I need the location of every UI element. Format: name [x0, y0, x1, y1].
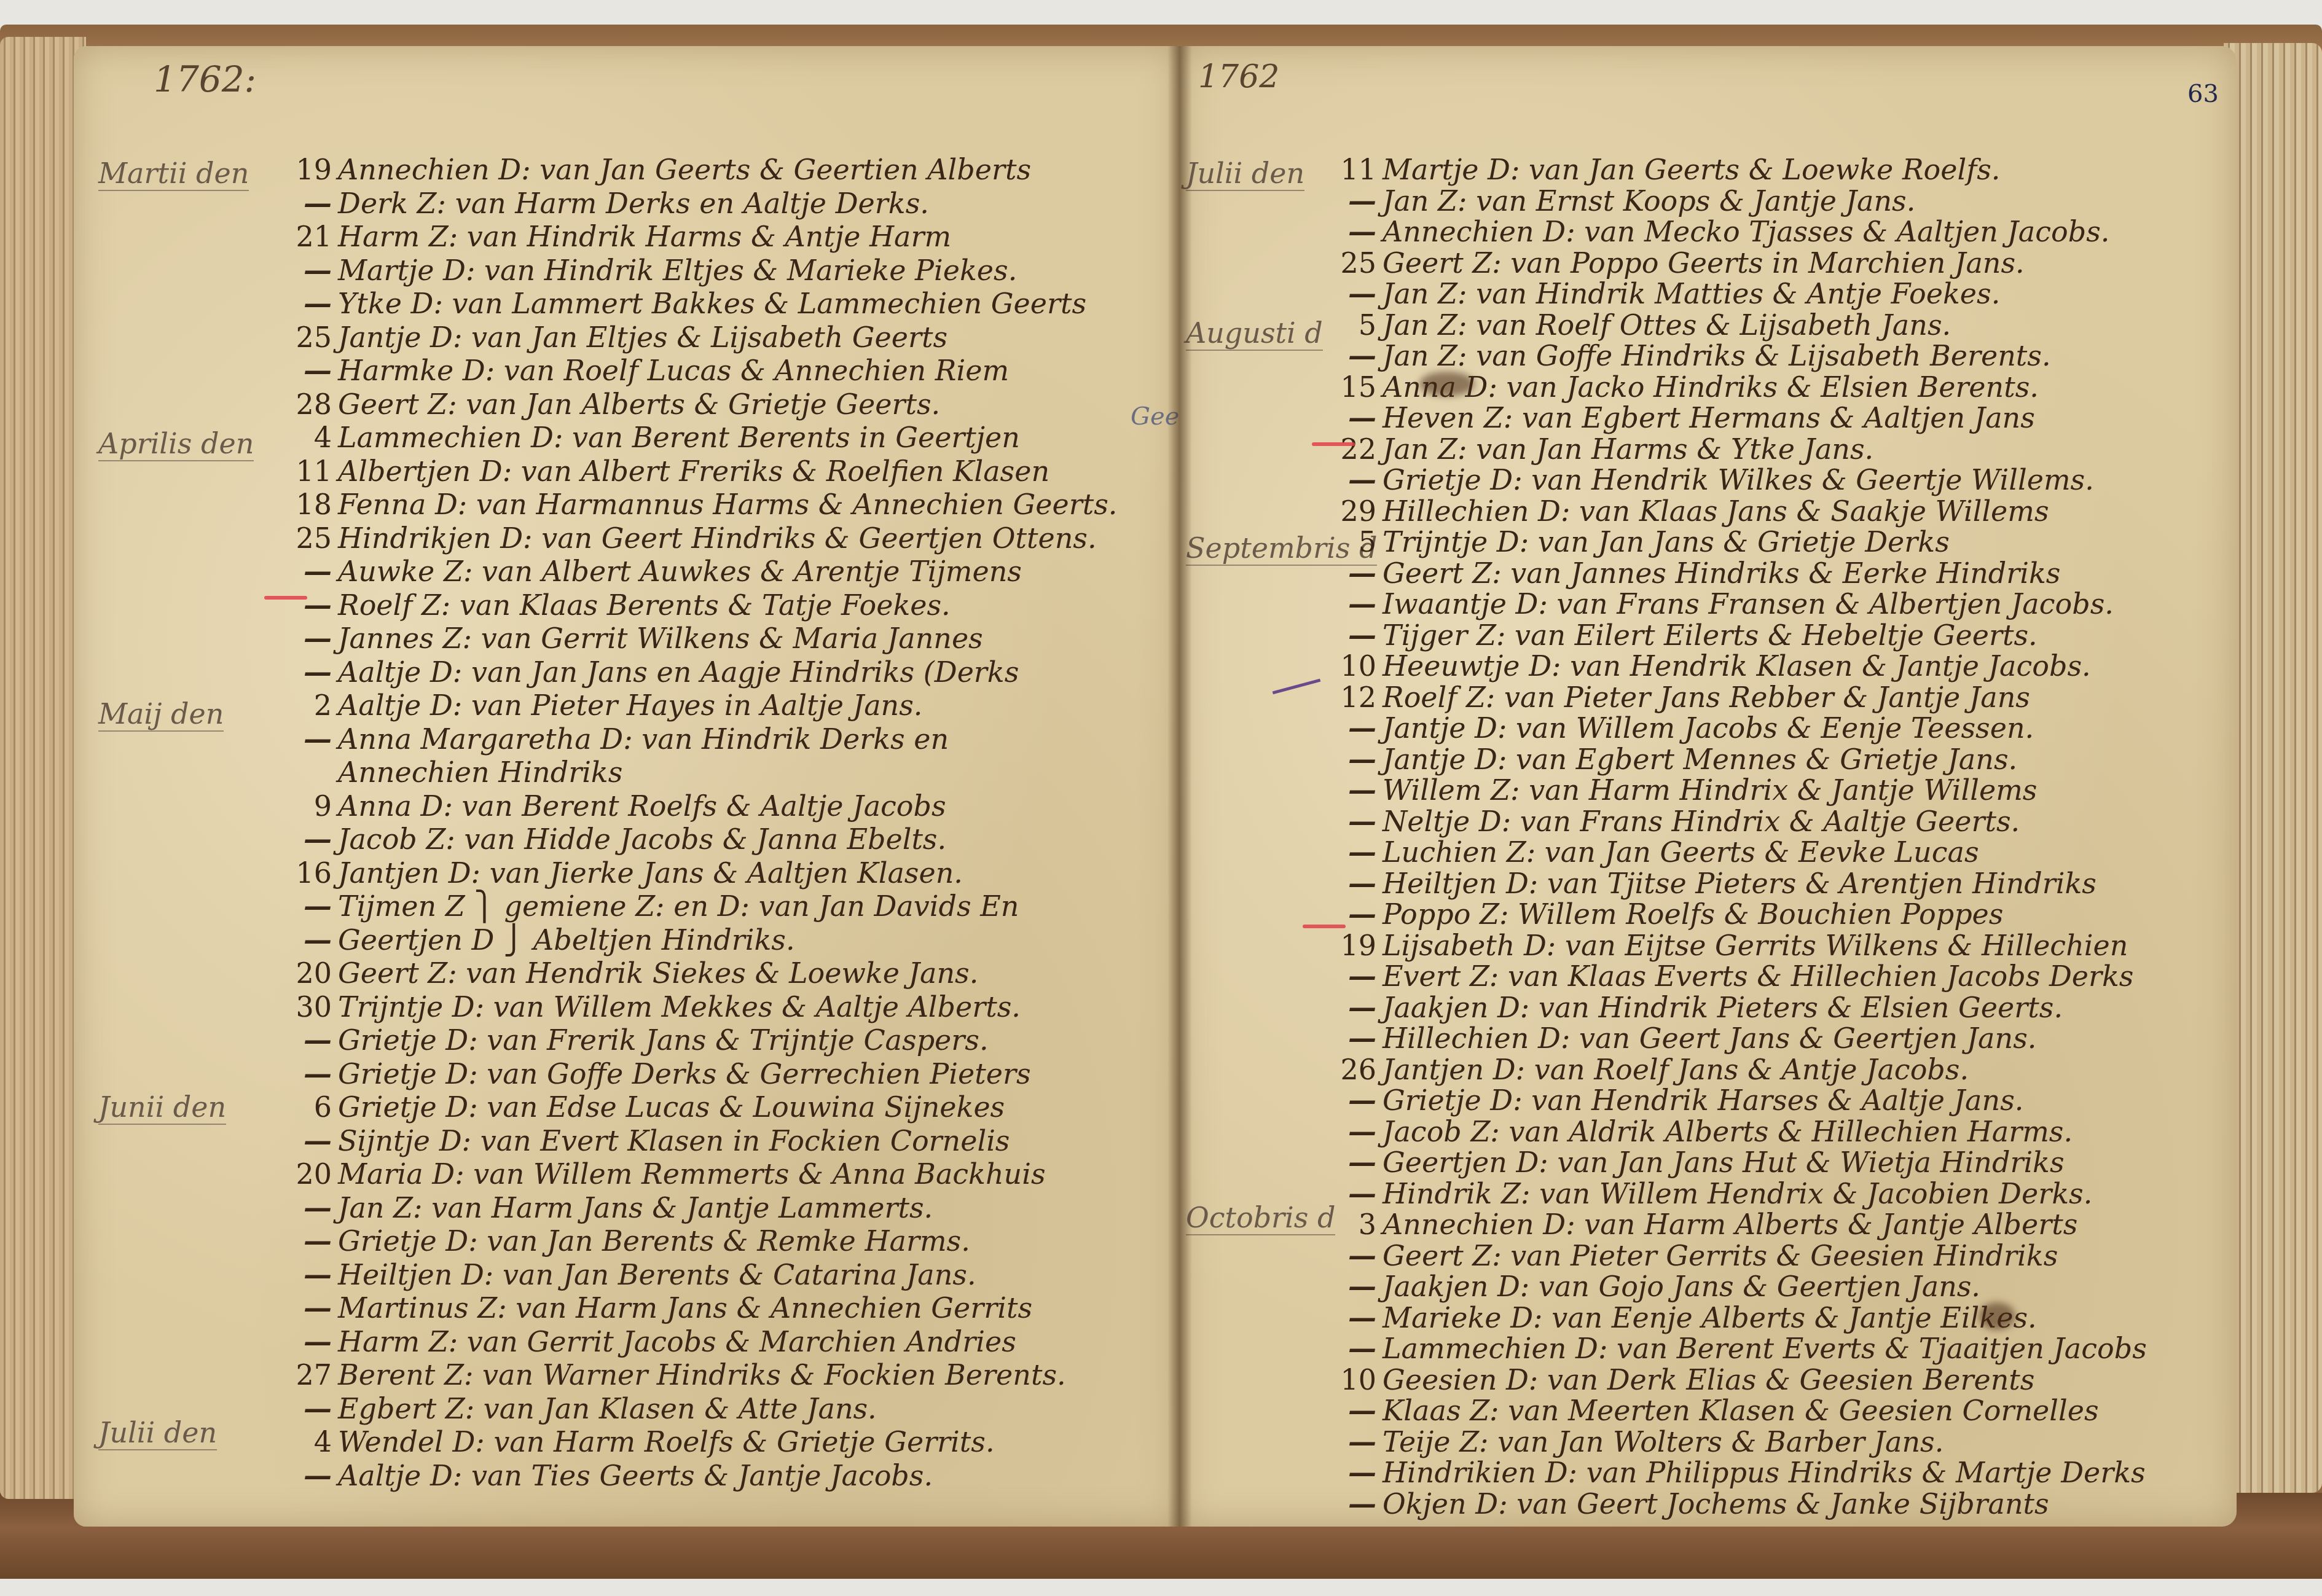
baptism-entry: —Auwke Z: van Albert Auwkes & Arentje Ti… — [277, 552, 1022, 590]
entry-day: 16 — [277, 854, 332, 892]
entry-text: Annechien D: van Jan Geerts & Geertien A… — [338, 153, 1031, 186]
red-margin-mark — [264, 596, 307, 600]
entry-text: Maria D: van Willem Remmerts & Anna Back… — [338, 1157, 1046, 1191]
entry-day: — — [277, 586, 332, 624]
entry-text: Geertjen D ⎭ Abeltjen Hindriks. — [338, 923, 795, 956]
baptism-entry: 4Lammechien D: van Berent Berents in Gee… — [277, 418, 1020, 456]
page-stack-left — [0, 37, 86, 1499]
year-heading: 1762: — [154, 58, 256, 100]
baptism-entry: 30Trijntje D: van Willem Mekkes & Aaltje… — [277, 988, 1021, 1026]
baptism-entry: 9Anna D: van Berent Roelfs & Aaltje Jaco… — [277, 787, 946, 825]
entry-text: Harm Z: van Hindrik Harms & Antje Harm — [338, 220, 951, 253]
baptism-entry: —Okjen D: van Geert Jochems & Janke Sijb… — [1321, 1485, 2049, 1523]
baptism-entry: 25Hindrikjen D: van Geert Hindriks & Gee… — [277, 519, 1097, 557]
entry-day: — — [277, 1289, 332, 1327]
year-heading: 1762 — [1198, 58, 1279, 95]
baptism-entry: 6Grietje D: van Edse Lucas & Louwina Sij… — [277, 1088, 1005, 1126]
entry-day: — — [277, 184, 332, 222]
baptism-entry: —Grietje D: van Jan Berents & Remke Harm… — [277, 1222, 970, 1260]
entry-text: Harm Z: van Gerrit Jacobs & Marchien And… — [338, 1325, 1016, 1358]
entry-text: Ytke D: van Lammert Bakkes & Lammechien … — [338, 287, 1086, 320]
entry-text: Jantjen D: van Jierke Jans & Aaltjen Kla… — [338, 856, 963, 890]
baptism-entry: —Anna Margaretha D: van Hindrik Derks en — [277, 720, 949, 758]
baptism-entry: 4Wendel D: van Harm Roelfs & Grietje Ger… — [277, 1423, 995, 1461]
entry-day: — — [277, 653, 332, 691]
entry-text: Tijmen Z ⎫ gemiene Z: en D: van Jan Davi… — [338, 890, 1019, 923]
baptism-entry: —Martje D: van Hindrik Eltjes & Marieke … — [277, 251, 1017, 289]
entry-day: 6 — [277, 1088, 332, 1126]
baptism-entry: —Jacob Z: van Hidde Jacobs & Janna Ebelt… — [277, 820, 946, 858]
entry-day: — — [277, 1122, 332, 1160]
baptism-entry: —Heiltjen D: van Jan Berents & Catarina … — [277, 1256, 976, 1294]
baptism-entry: 18Fenna D: van Harmannus Harms & Annechi… — [277, 485, 1117, 523]
entry-text: Grietje D: van Edse Lucas & Louwina Sijn… — [338, 1090, 1005, 1124]
entry-day: — — [277, 887, 332, 925]
left-page: 1762: Martii denAprilis denMaij denJunii… — [74, 46, 1180, 1527]
entry-day: — — [277, 1055, 332, 1093]
entry-day: 20 — [277, 1155, 332, 1193]
baptism-entry: —Grietje D: van Goffe Derks & Gerrechien… — [277, 1055, 1031, 1093]
entry-text: Anna Margaretha D: van Hindrik Derks en — [338, 722, 949, 756]
entry-day: 28 — [277, 385, 332, 423]
entry-text: Jantje D: van Jan Eltjes & Lijsabeth Gee… — [338, 321, 947, 354]
entry-text: Aaltje D: van Pieter Hayes in Aaltje Jan… — [338, 689, 922, 722]
ink-stain — [1979, 1302, 2015, 1330]
entry-day: — — [277, 1021, 332, 1059]
baptism-entry: —Harm Z: van Gerrit Jacobs & Marchien An… — [277, 1323, 1016, 1361]
entry-text: Jannes Z: van Gerrit Wilkens & Maria Jan… — [338, 622, 983, 655]
entry-text: Trijntje D: van Willem Mekkes & Aaltje A… — [338, 990, 1021, 1023]
entry-day: 27 — [277, 1356, 332, 1394]
page-stack-right — [2224, 43, 2322, 1493]
entry-day: — — [277, 720, 332, 758]
entry-text: Sijntje D: van Evert Klasen in Fockien C… — [338, 1124, 1010, 1157]
entry-text: Aaltje D: van Ties Geerts & Jantje Jacob… — [338, 1459, 933, 1492]
entry-day: 18 — [277, 485, 332, 523]
entry-day: 2 — [277, 686, 332, 724]
entry-day: 25 — [277, 519, 332, 557]
entry-day: — — [277, 1222, 332, 1260]
entry-text: Grietje D: van Goffe Derks & Gerrechien … — [338, 1057, 1031, 1090]
baptism-entry: —Roelf Z: van Klaas Berents & Tatje Foek… — [277, 586, 951, 624]
entry-day: 4 — [277, 418, 332, 456]
entry-day: 19 — [277, 151, 332, 189]
page-number: 63 — [2187, 80, 2219, 108]
baptism-entry: —Egbert Z: van Jan Klasen & Atte Jans. — [277, 1390, 877, 1428]
entry-text: Hindrikjen D: van Geert Hindriks & Geert… — [338, 522, 1097, 555]
entry-text: Martinus Z: van Harm Jans & Annechien Ge… — [338, 1291, 1032, 1324]
entry-day: — — [1321, 1485, 1376, 1523]
entry-text: Fenna D: van Harmannus Harms & Annechien… — [338, 488, 1117, 521]
entry-day: 4 — [277, 1423, 332, 1461]
entry-day: — — [277, 284, 332, 323]
entry-text: Jacob Z: van Hidde Jacobs & Janna Ebelts… — [338, 823, 946, 856]
month-label: Julii den — [1186, 157, 1304, 191]
red-margin-mark — [1303, 925, 1346, 928]
month-label: Octobris d — [1186, 1201, 1335, 1235]
entry-text: Wendel D: van Harm Roelfs & Grietje Gerr… — [338, 1425, 995, 1458]
baptism-entry: 11Albertjen D: van Albert Freriks & Roel… — [277, 452, 1049, 490]
baptism-entry: Annechien Hindriks — [277, 753, 622, 791]
entry-day: 11 — [277, 452, 332, 490]
entry-day: 9 — [277, 787, 332, 825]
entry-day: — — [277, 1256, 332, 1294]
month-label: Aprilis den — [98, 427, 254, 461]
entry-text: Harmke D: van Roelf Lucas & Annechien Ri… — [338, 354, 1009, 387]
baptism-entry: —Geertjen D ⎭ Abeltjen Hindriks. — [277, 921, 795, 959]
entry-day: — — [277, 1323, 332, 1361]
entry-text: Grietje D: van Frerik Jans & Trijntje Ca… — [338, 1023, 989, 1057]
baptism-entry: —Jan Z: van Harm Jans & Jantje Lammerts. — [277, 1189, 933, 1227]
entry-text: Okjen D: van Geert Jochems & Janke Sijbr… — [1383, 1487, 2049, 1520]
month-label: Augusti d — [1186, 316, 1323, 351]
baptism-entry: —Derk Z: van Harm Derks en Aaltje Derks. — [277, 184, 929, 222]
baptism-entry: 2Aaltje D: van Pieter Hayes in Aaltje Ja… — [277, 686, 922, 724]
baptism-entry: 20Geert Z: van Hendrik Siekes & Loewke J… — [277, 954, 978, 992]
entry-text: Geert Z: van Jan Alberts & Grietje Geert… — [338, 388, 940, 421]
red-margin-mark — [1312, 442, 1355, 446]
right-page: 1762 63 Julii denAugusti dSeptembris dOc… — [1180, 46, 2237, 1527]
entry-day: — — [277, 351, 332, 389]
entry-day: — — [277, 1390, 332, 1428]
entry-text: Egbert Z: van Jan Klasen & Atte Jans. — [338, 1392, 877, 1425]
entry-day: 25 — [277, 318, 332, 356]
entry-text: Jan Z: van Harm Jans & Jantje Lammerts. — [338, 1191, 933, 1224]
baptism-entry: —Ytke D: van Lammert Bakkes & Lammechien… — [277, 284, 1086, 323]
baptism-entry: —Tijmen Z ⎫ gemiene Z: en D: van Jan Dav… — [277, 887, 1019, 925]
entry-text: Geert Z: van Hendrik Siekes & Loewke Jan… — [338, 956, 978, 990]
entry-text: Annechien Hindriks — [338, 756, 622, 789]
month-label: Junii den — [98, 1090, 226, 1125]
entry-text: Roelf Z: van Klaas Berents & Tatje Foeke… — [338, 589, 951, 622]
book-gutter — [1167, 46, 1192, 1527]
entry-text: Auwke Z: van Albert Auwkes & Arentje Tij… — [338, 555, 1022, 588]
entry-day: 30 — [277, 988, 332, 1026]
baptism-entry: 28Geert Z: van Jan Alberts & Grietje Gee… — [277, 385, 940, 423]
entry-text: Lammechien D: van Berent Berents in Geer… — [338, 421, 1020, 454]
baptism-entry: 21Harm Z: van Hindrik Harms & Antje Harm — [277, 217, 951, 256]
entry-day: — — [277, 1457, 332, 1495]
entry-text: Berent Z: van Warner Hindriks & Fockien … — [338, 1358, 1066, 1391]
baptism-entry: —Sijntje D: van Evert Klasen in Fockien … — [277, 1122, 1010, 1160]
baptism-entry: —Aaltje D: van Ties Geerts & Jantje Jaco… — [277, 1457, 933, 1495]
baptism-entry: —Jannes Z: van Gerrit Wilkens & Maria Ja… — [277, 619, 983, 657]
baptism-entry: —Harmke D: van Roelf Lucas & Annechien R… — [277, 351, 1009, 389]
month-label: Julii den — [98, 1416, 217, 1450]
entry-day: — — [277, 921, 332, 959]
month-label: Maij den — [98, 697, 224, 732]
ink-stain — [1419, 372, 1475, 396]
entry-text: Aaltje D: van Jan Jans en Aagje Hindriks… — [338, 655, 1019, 689]
month-label: Martii den — [98, 157, 249, 191]
baptism-entry: —Martinus Z: van Harm Jans & Annechien G… — [277, 1289, 1032, 1327]
entry-text: Grietje D: van Jan Berents & Remke Harms… — [338, 1224, 970, 1258]
entry-day: — — [277, 1189, 332, 1227]
baptism-entry: 27Berent Z: van Warner Hindriks & Fockie… — [277, 1356, 1066, 1394]
baptism-entry: 20Maria D: van Willem Remmerts & Anna Ba… — [277, 1155, 1046, 1193]
entry-day: — — [277, 820, 332, 858]
entry-text: Anna D: van Berent Roelfs & Aaltje Jacob… — [338, 789, 946, 823]
entry-day: 21 — [277, 217, 332, 256]
entry-text: Derk Z: van Harm Derks en Aaltje Derks. — [338, 187, 929, 220]
baptism-entry: —Grietje D: van Frerik Jans & Trijntje C… — [277, 1021, 989, 1059]
entry-text: Heiltjen D: van Jan Berents & Catarina J… — [338, 1258, 976, 1291]
entry-day: — — [277, 552, 332, 590]
entry-day: — — [277, 251, 332, 289]
entry-text: Martje D: van Hindrik Eltjes & Marieke P… — [338, 254, 1017, 287]
baptism-entry: 16Jantjen D: van Jierke Jans & Aaltjen K… — [277, 854, 963, 892]
entry-day: — — [277, 619, 332, 657]
baptism-entry: —Aaltje D: van Jan Jans en Aagje Hindrik… — [277, 653, 1019, 691]
entry-text: Albertjen D: van Albert Freriks & Roelfi… — [338, 455, 1049, 488]
purple-margin-mark — [1273, 679, 1321, 695]
entry-day: 20 — [277, 954, 332, 992]
baptism-entry: 25Jantje D: van Jan Eltjes & Lijsabeth G… — [277, 318, 947, 356]
baptism-entry: 19Annechien D: van Jan Geerts & Geertien… — [277, 151, 1031, 189]
